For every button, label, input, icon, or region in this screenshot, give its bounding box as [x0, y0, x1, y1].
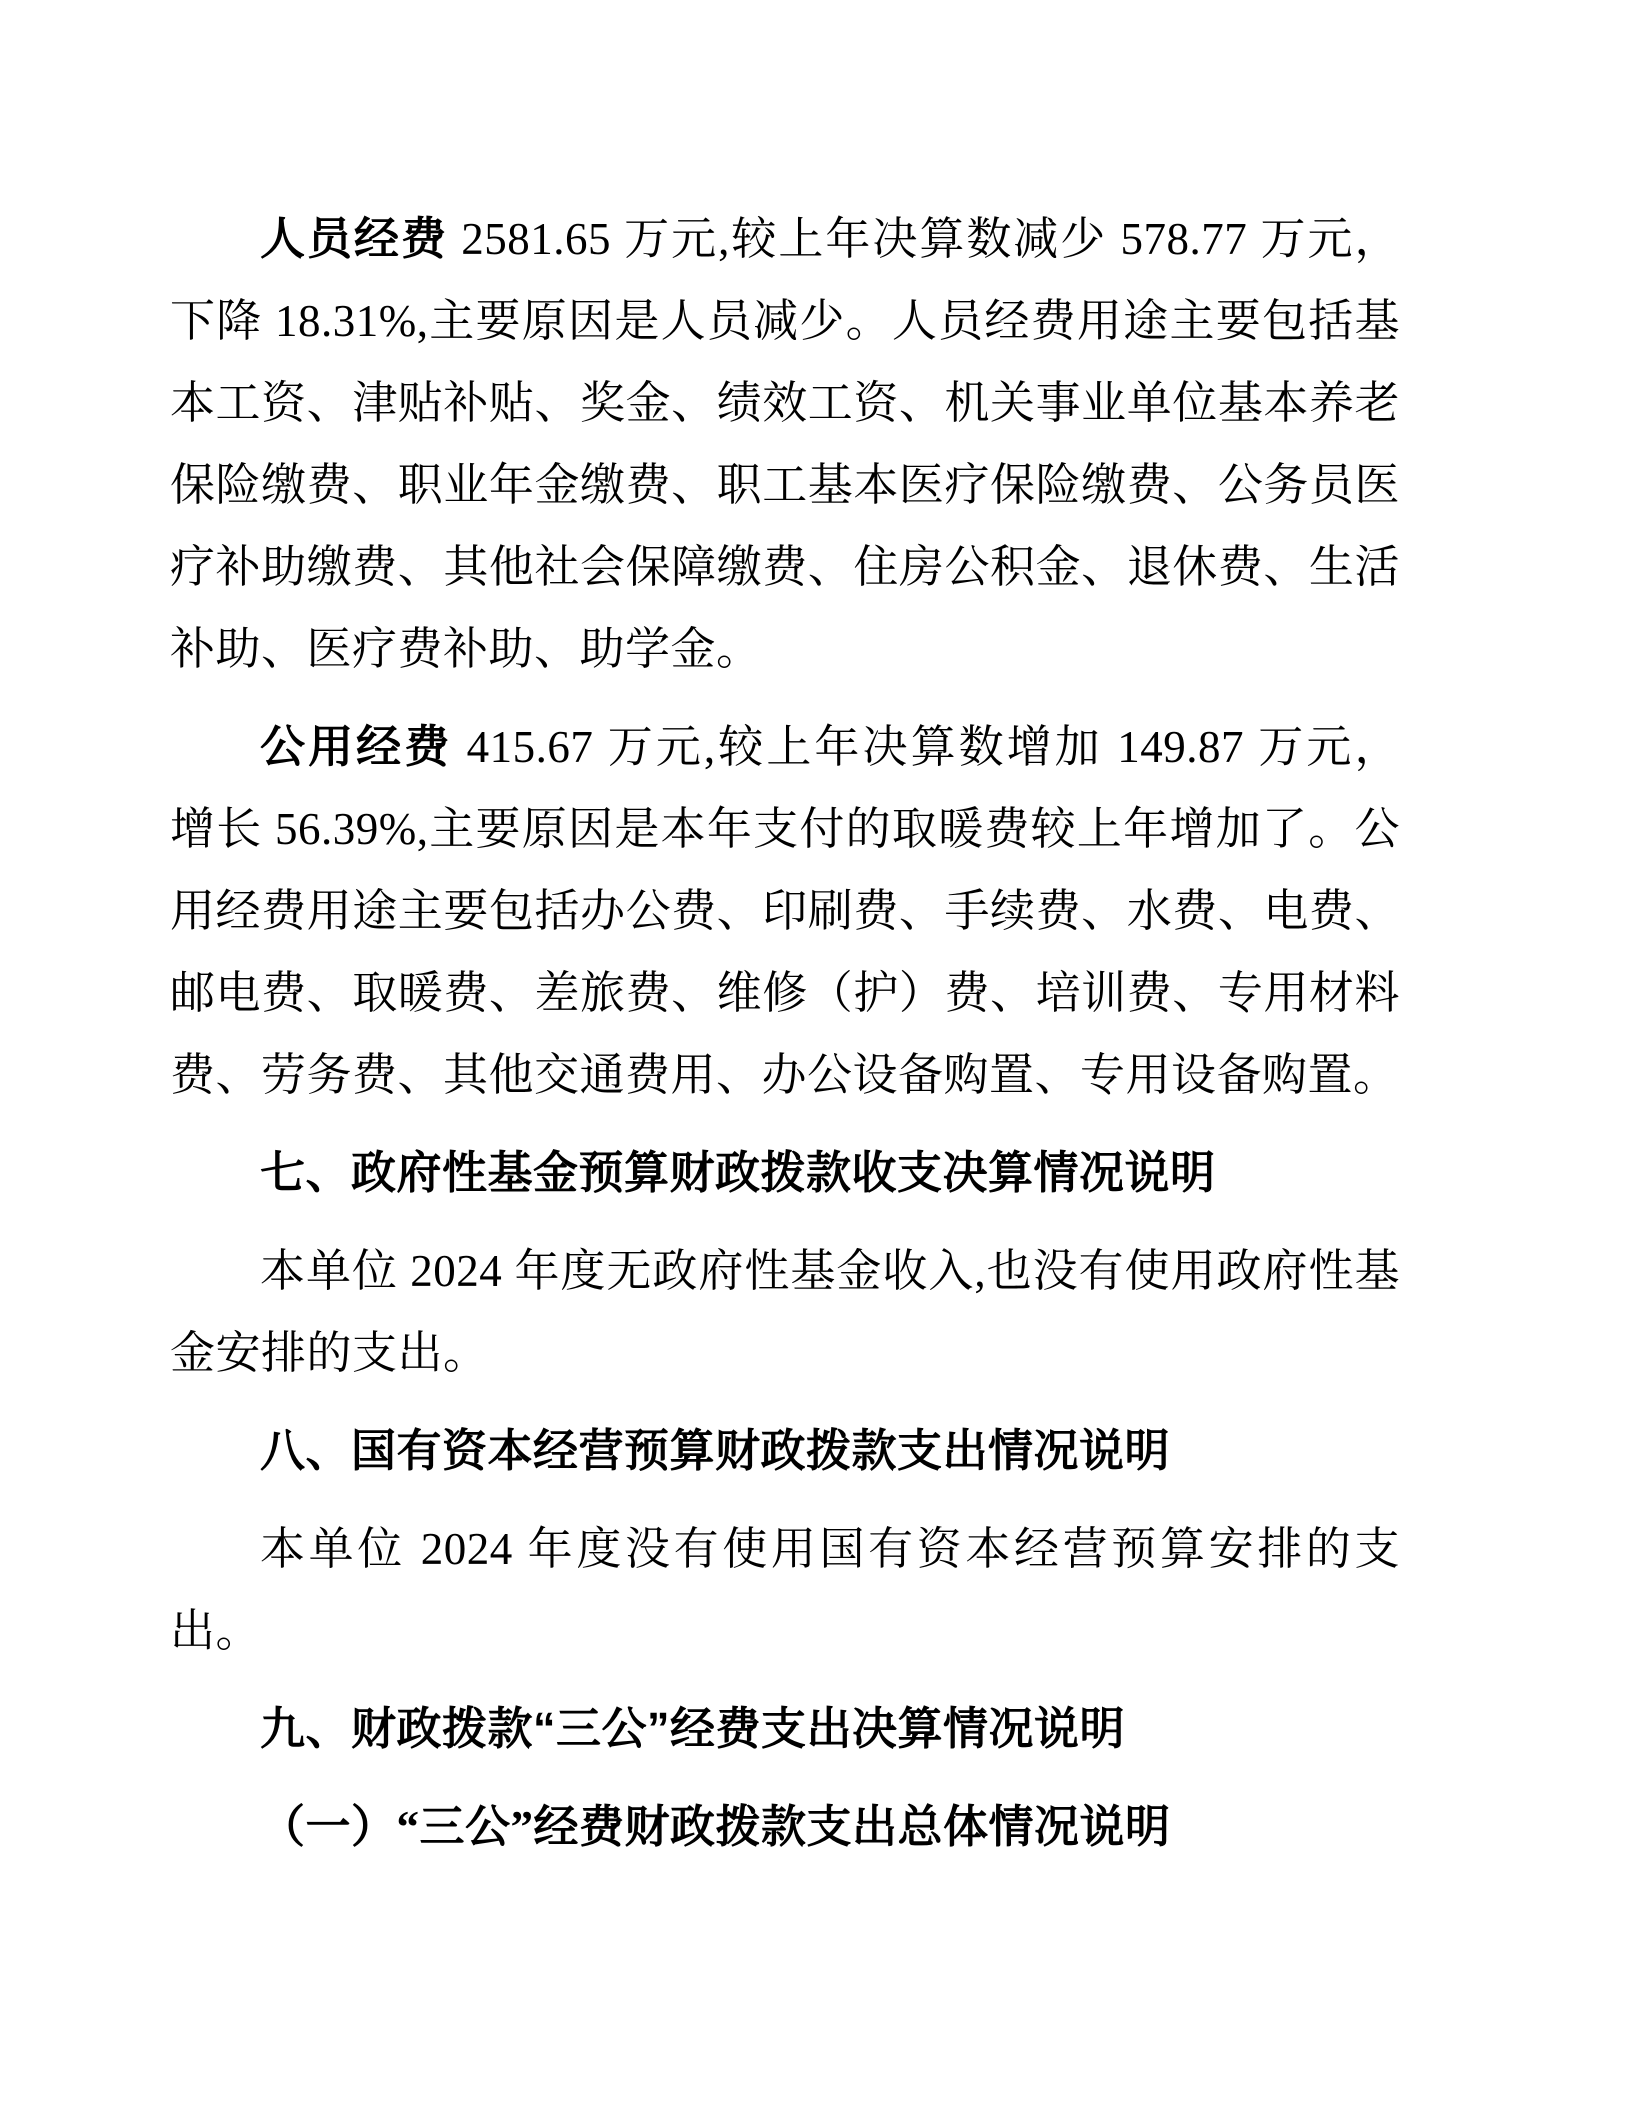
- line-text: 下降 18.31%,主要原因是人员减少。人员经费用途主要包括基: [170, 296, 1400, 346]
- section-heading: 七、政府性基金预算财政拨款收支决算情况说明: [170, 1132, 1400, 1214]
- section-heading: 八、国有资本经营预算财政拨款支出情况说明: [170, 1410, 1400, 1492]
- text-line: 金安排的支出。: [170, 1312, 1400, 1394]
- text-line: 本单位 2024 年度无政府性基金收入,也没有使用政府性基: [170, 1230, 1400, 1312]
- text-line: 邮电费、取暖费、差旅费、维修（护）费、培训费、专用材料: [170, 952, 1400, 1034]
- text-line: 疗补助缴费、其他社会保障缴费、住房公积金、退休费、生活: [170, 526, 1400, 608]
- line-text: 本工资、津贴补贴、奖金、绩效工资、机关事业单位基本养老: [170, 378, 1400, 428]
- sub-section-heading: （一）“三公”经费财政拨款支出总体情况说明: [170, 1786, 1400, 1868]
- text-line: 用经费用途主要包括办公费、印刷费、手续费、水费、电费、: [170, 870, 1400, 952]
- bold-lead-text: 九、财政拨款“三公”经费支出决算情况说明: [260, 1703, 1125, 1754]
- text-line: 增长 56.39%,主要原因是本年支付的取暖费较上年增加了。公: [170, 788, 1400, 870]
- bold-lead-text: 八、国有资本经营预算财政拨款支出情况说明: [260, 1425, 1170, 1476]
- bold-lead-text: 公用经费: [260, 722, 452, 772]
- line-text: 邮电费、取暖费、差旅费、维修（护）费、培训费、专用材料: [170, 968, 1400, 1018]
- text-line: 下降 18.31%,主要原因是人员减少。人员经费用途主要包括基: [170, 280, 1400, 362]
- line-text: 2581.65 万元,较上年决算数减少 578.77 万元，: [448, 214, 1400, 264]
- text-line: 公用经费 415.67 万元,较上年决算数增加 149.87 万元，: [170, 706, 1400, 788]
- text-line: 人员经费 2581.65 万元,较上年决算数减少 578.77 万元，: [170, 198, 1400, 280]
- line-text: 疗补助缴费、其他社会保障缴费、住房公积金、退休费、生活: [170, 542, 1400, 592]
- document-page: 人员经费 2581.65 万元,较上年决算数减少 578.77 万元，下降 18…: [0, 0, 1632, 2112]
- text-line: 出。: [170, 1590, 1400, 1672]
- text-line: 本单位 2024 年度没有使用国有资本经营预算安排的支: [170, 1508, 1400, 1590]
- line-text: 本单位 2024 年度无政府性基金收入,也没有使用政府性基: [260, 1246, 1400, 1296]
- section-heading: 九、财政拨款“三公”经费支出决算情况说明: [170, 1688, 1400, 1770]
- document-content: 人员经费 2581.65 万元,较上年决算数减少 578.77 万元，下降 18…: [170, 198, 1400, 1884]
- bold-lead-text: 七、政府性基金预算财政拨款收支决算情况说明: [260, 1147, 1216, 1198]
- line-text: 保险缴费、职业年金缴费、职工基本医疗保险缴费、公务员医: [170, 460, 1400, 510]
- line-text: 本单位 2024 年度没有使用国有资本经营预算安排的支: [260, 1524, 1400, 1574]
- line-text: 出。: [170, 1606, 261, 1656]
- line-text: 增长 56.39%,主要原因是本年支付的取暖费较上年增加了。公: [170, 804, 1400, 854]
- line-text: 补助、医疗费补助、助学金。: [170, 624, 762, 674]
- text-line: 补助、医疗费补助、助学金。: [170, 608, 1400, 690]
- bold-lead-text: 人员经费: [260, 214, 448, 264]
- line-text: 用经费用途主要包括办公费、印刷费、手续费、水费、电费、: [170, 886, 1400, 936]
- line-text: 金安排的支出。: [170, 1328, 489, 1378]
- line-text: 415.67 万元,较上年决算数增加 149.87 万元，: [452, 722, 1400, 772]
- bold-lead-text: （一）“三公”经费财政拨款支出总体情况说明: [260, 1802, 1171, 1852]
- line-text: 费、劳务费、其他交通费用、办公设备购置、专用设备购置。: [170, 1050, 1399, 1100]
- text-line: 保险缴费、职业年金缴费、职工基本医疗保险缴费、公务员医: [170, 444, 1400, 526]
- text-line: 本工资、津贴补贴、奖金、绩效工资、机关事业单位基本养老: [170, 362, 1400, 444]
- text-line: 费、劳务费、其他交通费用、办公设备购置、专用设备购置。: [170, 1034, 1400, 1116]
